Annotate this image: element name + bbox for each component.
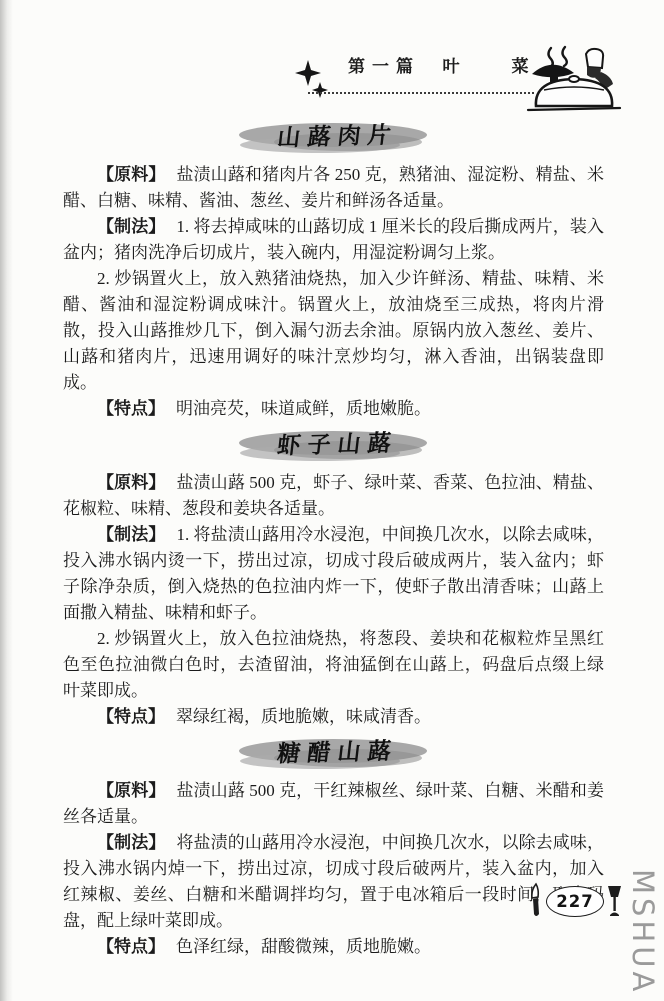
paragraph-label: 【制法】 bbox=[97, 525, 165, 544]
features-paragraph: 【特点】色泽红绿，甜酸微辣，质地脆嫩。 bbox=[63, 934, 604, 960]
paragraph-label: 【原料】 bbox=[97, 165, 165, 184]
page-number-badge: 227 bbox=[546, 886, 604, 917]
recipe-title: 糖醋山蕗 bbox=[233, 731, 434, 774]
ingredients-paragraph: 【原料】盐渍山蕗 500 克，干红辣椒丝、绿叶菜、白糖、米醋和姜丝各适量。 bbox=[63, 778, 604, 830]
page-header: 第一篇 叶 菜 bbox=[0, 44, 664, 124]
chapter-title: 第一篇 叶 菜 bbox=[348, 52, 536, 77]
recipe-title-banner: 山蕗肉片 bbox=[236, 118, 432, 158]
paragraph-text: 色泽红绿，甜酸微辣，质地脆嫩。 bbox=[176, 937, 431, 956]
features-paragraph: 【特点】翠绿红褐，质地脆嫩，味咸清香。 bbox=[63, 704, 604, 730]
paragraph-label: 【特点】 bbox=[97, 937, 165, 956]
recipe-title-banner: 糖醋山蕗 bbox=[236, 734, 432, 774]
method-paragraph: 【制法】将盐渍的山蕗用冷水浸泡，中间换几次水，以除去咸味，投入沸水锅内焯一下，捞… bbox=[63, 830, 604, 934]
watermark-text: MSHUA bbox=[626, 869, 660, 995]
paragraph-label: 【制法】 bbox=[97, 217, 165, 236]
paragraph-label: 【特点】 bbox=[97, 399, 165, 418]
goblet-icon bbox=[606, 882, 623, 920]
chef-with-dish-illustration bbox=[524, 44, 624, 120]
recipe-title: 虾子山蕗 bbox=[233, 423, 434, 466]
ingredients-paragraph: 【原料】盐渍山蕗和猪肉片各 250 克，熟猪油、湿淀粉、精盐、米醋、白糖、味精、… bbox=[63, 162, 604, 214]
paragraph-text: 2. 炒锅置火上，放入色拉油烧热，将葱段、姜块和花椒粒炸呈黑红色至色拉油微白色时… bbox=[63, 629, 604, 700]
sparkle-stars-icon bbox=[293, 58, 337, 104]
page-number-ornament: 227 bbox=[529, 882, 623, 920]
ingredients-paragraph: 【原料】盐渍山蕗 500 克，虾子、绿叶菜、香菜、色拉油、精盐、花椒粒、味精、葱… bbox=[63, 470, 604, 522]
page-number: 227 bbox=[556, 892, 593, 911]
paragraph-label: 【原料】 bbox=[97, 473, 165, 492]
paragraph-text: 明油亮芡，味道咸鲜，质地嫩脆。 bbox=[176, 399, 431, 418]
paragraph-label: 【特点】 bbox=[97, 707, 165, 726]
method-paragraph: 2. 炒锅置火上，放入熟猪油烧热，加入少许鲜汤、精盐、味精、米醋、酱油和湿淀粉调… bbox=[63, 266, 604, 396]
paragraph-label: 【原料】 bbox=[97, 781, 165, 800]
recipes-content: 山蕗肉片 【原料】盐渍山蕗和猪肉片各 250 克，熟猪油、湿淀粉、精盐、米醋、白… bbox=[63, 114, 604, 960]
book-page: 第一篇 叶 菜 bbox=[0, 0, 664, 1001]
method-paragraph: 【制法】1. 将盐渍山蕗用冷水浸泡，中间换几次水，以除去咸味，投入沸水锅内烫一下… bbox=[63, 522, 604, 626]
method-paragraph: 【制法】1. 将去掉咸味的山蕗切成 1 厘米长的段后撕成两片，装入盆内；猪肉洗净… bbox=[63, 214, 604, 266]
recipe-section-shanlu-roupian: 山蕗肉片 【原料】盐渍山蕗和猪肉片各 250 克，熟猪油、湿淀粉、精盐、米醋、白… bbox=[63, 118, 604, 422]
dotted-rule bbox=[308, 92, 534, 94]
scan-edge-shadow bbox=[0, 0, 13, 1001]
recipe-title-banner: 虾子山蕗 bbox=[236, 426, 432, 466]
paragraph-text: 2. 炒锅置火上，放入熟猪油烧热，加入少许鲜汤、精盐、味精、米醋、酱油和湿淀粉调… bbox=[63, 269, 604, 392]
recipe-section-xiazi-shanlu: 虾子山蕗 【原料】盐渍山蕗 500 克，虾子、绿叶菜、香菜、色拉油、精盐、花椒粒… bbox=[63, 426, 604, 730]
recipe-title: 山蕗肉片 bbox=[233, 115, 434, 158]
knife-icon bbox=[529, 882, 544, 920]
paragraph-text: 翠绿红褐，质地脆嫩，味咸清香。 bbox=[176, 707, 431, 726]
features-paragraph: 【特点】明油亮芡，味道咸鲜，质地嫩脆。 bbox=[63, 396, 604, 422]
paragraph-label: 【制法】 bbox=[97, 833, 165, 852]
method-paragraph: 2. 炒锅置火上，放入色拉油烧热，将葱段、姜块和花椒粒炸呈黑红色至色拉油微白色时… bbox=[63, 626, 604, 704]
recipe-section-tangcu-shanlu: 糖醋山蕗 【原料】盐渍山蕗 500 克，干红辣椒丝、绿叶菜、白糖、米醋和姜丝各适… bbox=[63, 734, 604, 960]
